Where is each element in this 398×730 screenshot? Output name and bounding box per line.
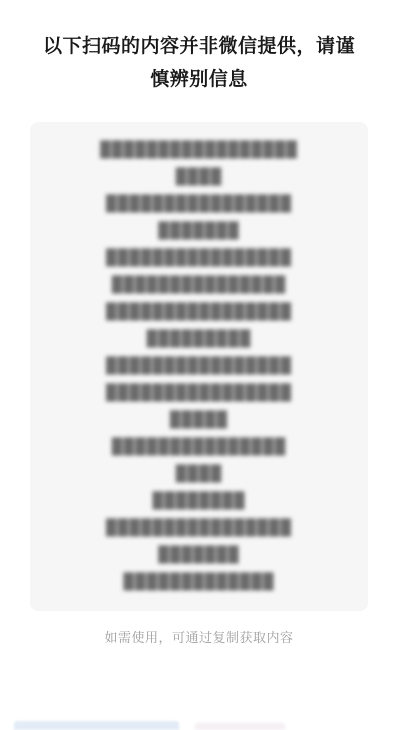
- scanned-content-card: █████████████████ ████ ████████████████ …: [30, 122, 368, 611]
- copy-usage-hint: 如需使用，可通过复制获取内容: [0, 627, 398, 646]
- scan-warning-text: 以下扫码的内容并非微信提供，请谨慎辨别信息: [34, 30, 364, 96]
- cutoff-bottom-element: [14, 721, 179, 730]
- redacted-text-line: ███████: [46, 217, 352, 244]
- redacted-text-line: █████: [46, 406, 352, 433]
- redacted-text-line: █████████: [46, 325, 352, 352]
- redacted-text-line: █████████████████: [46, 136, 352, 163]
- redacted-text-line: ████████████████: [46, 379, 352, 406]
- redacted-text-line: ████████████████: [46, 244, 352, 271]
- redacted-text-line: ████████████████: [46, 514, 352, 541]
- redacted-text-line: ████████████████: [46, 298, 352, 325]
- redacted-text-line: ████████████████: [46, 352, 352, 379]
- cutoff-bottom-element: [195, 723, 285, 730]
- redacted-text-line: ████: [46, 460, 352, 487]
- redacted-text-line: ████████: [46, 487, 352, 514]
- redacted-text-line: ████████████████: [46, 190, 352, 217]
- redacted-text-line: ███████████████: [46, 433, 352, 460]
- redacted-text-line: █████████████: [46, 568, 352, 595]
- redacted-text-line: ████: [46, 163, 352, 190]
- redacted-text-line: ███████: [46, 541, 352, 568]
- redacted-text-line: ███████████████: [46, 271, 352, 298]
